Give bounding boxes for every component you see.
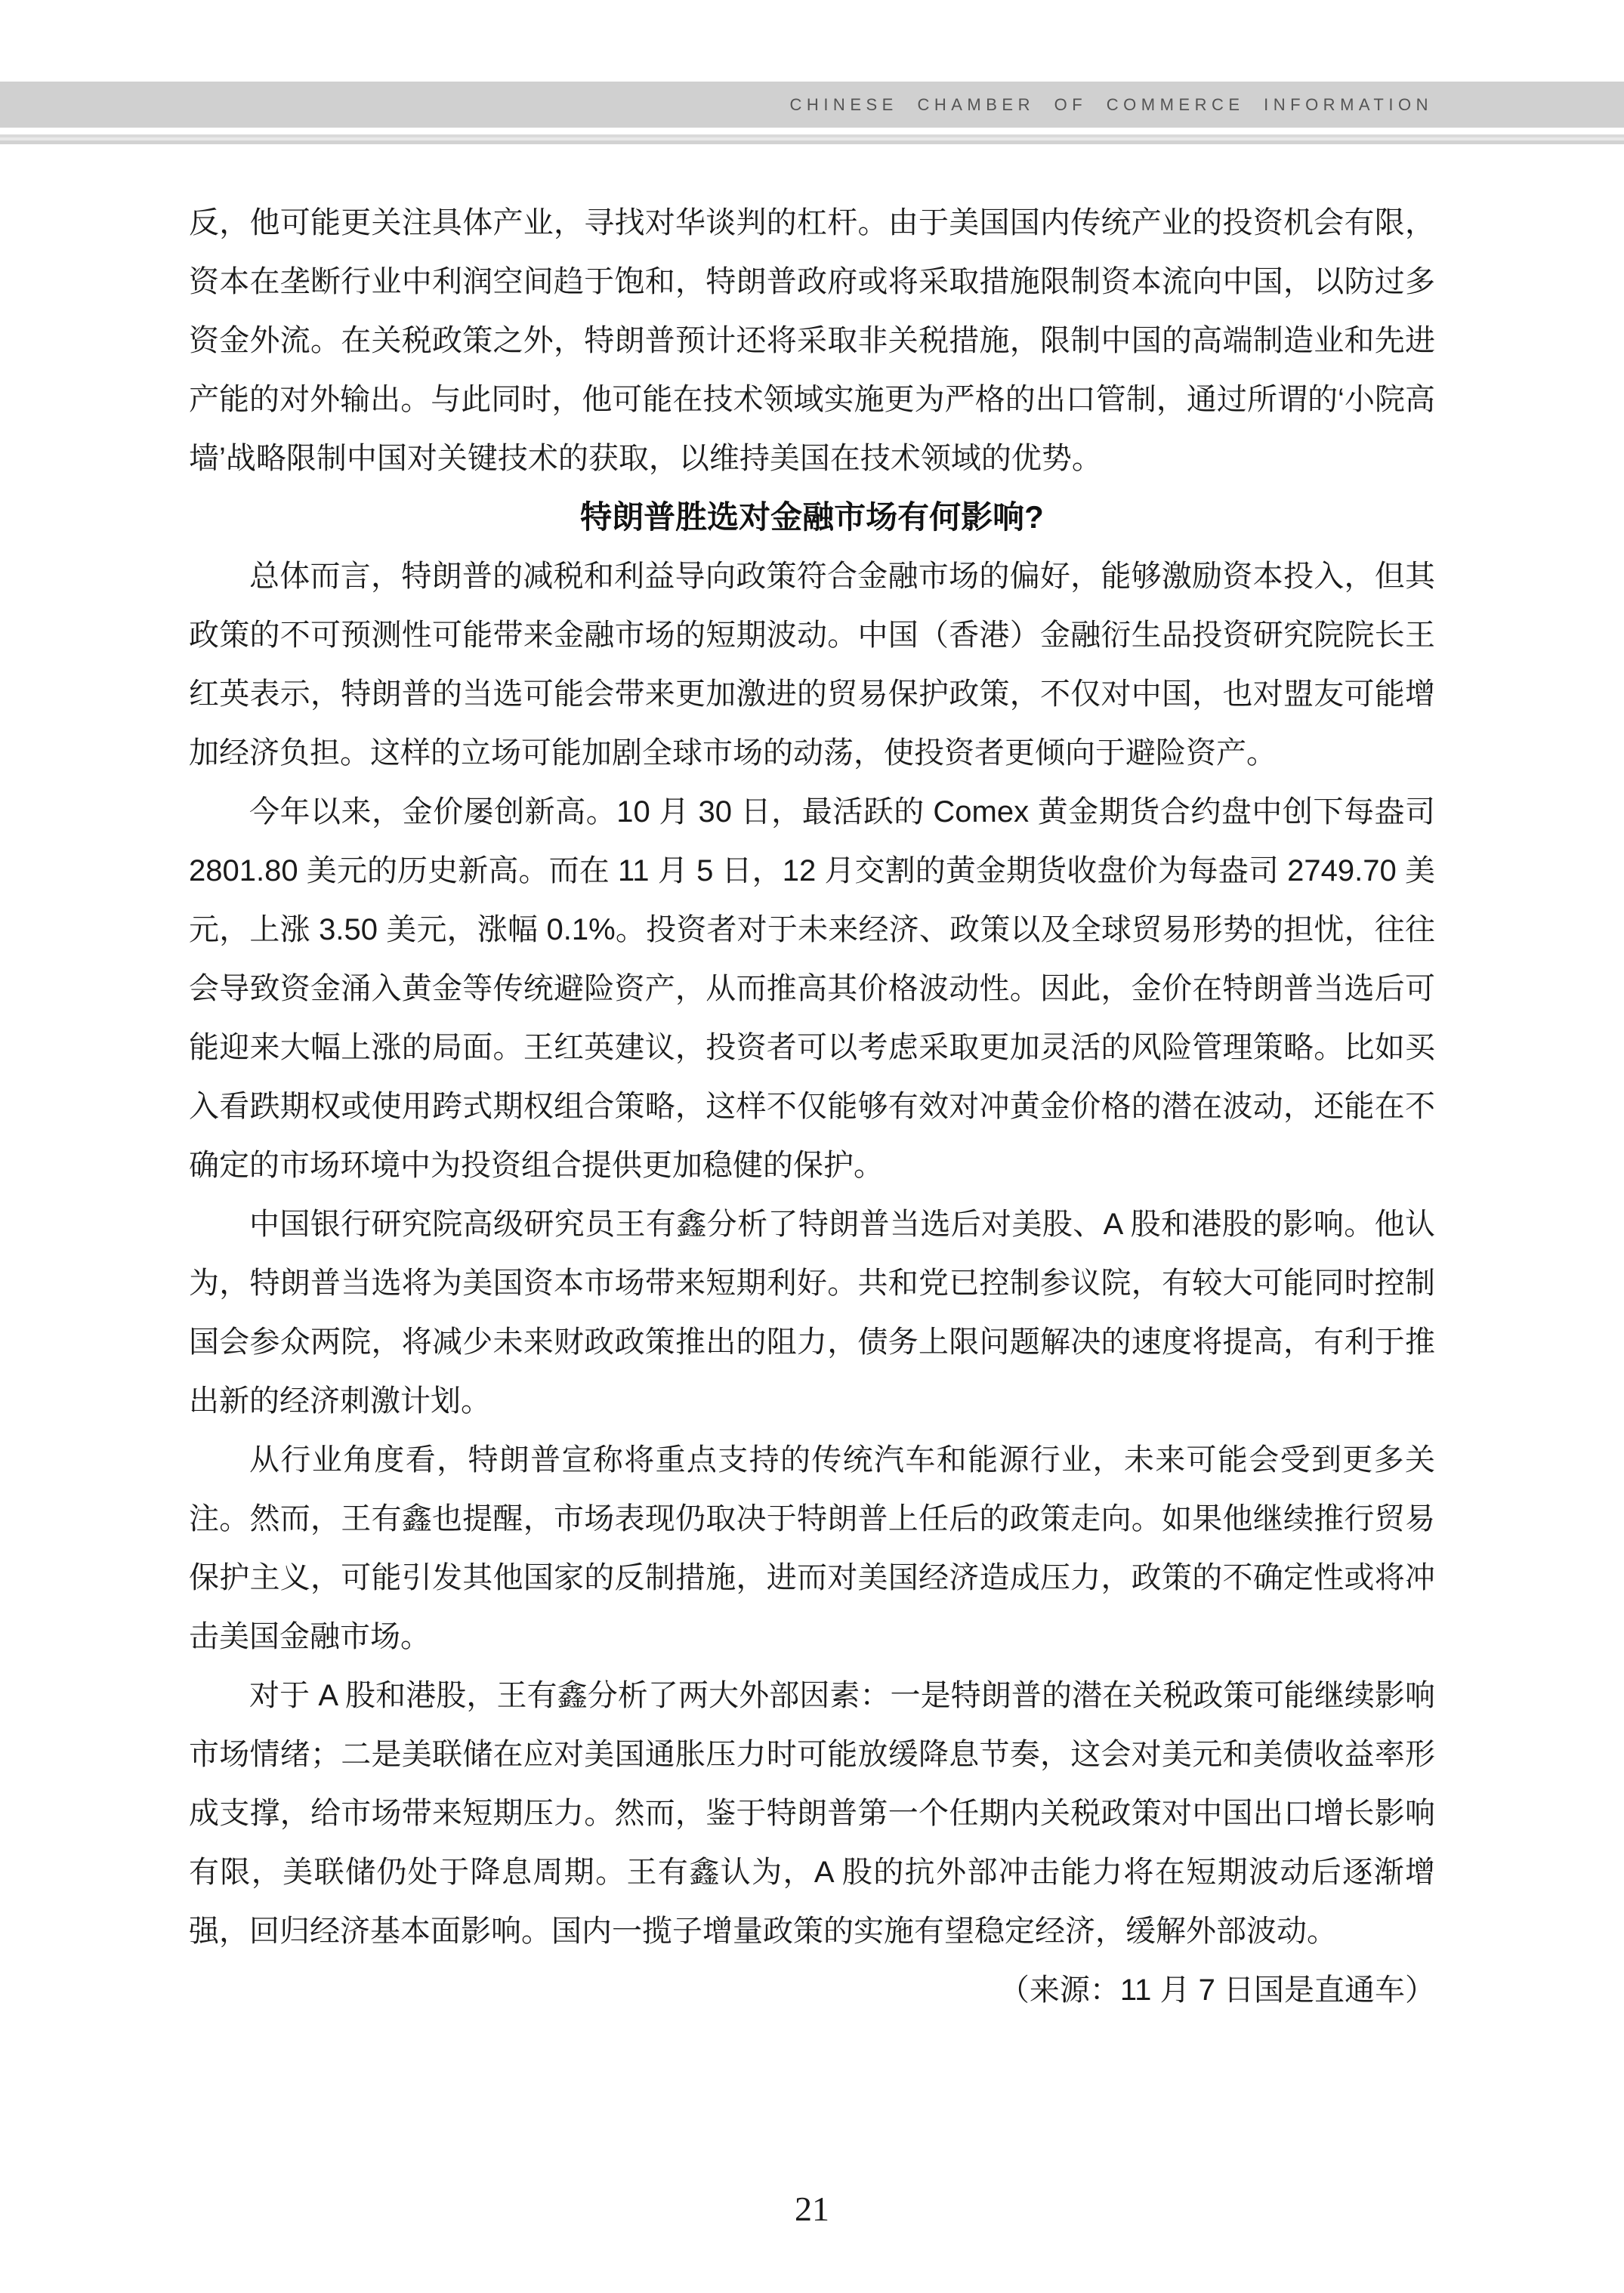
- paragraph-lead: 反，他可能更关注具体产业，寻找对华谈判的杠杆。由于美国国内传统产业的投资机会有限…: [189, 193, 1435, 488]
- header-divider-line-bottom: [0, 140, 1624, 144]
- paragraph-stock-impact: 中国银行研究院高级研究员王有鑫分析了特朗普当选后对美股、A 股和港股的影响。他认…: [189, 1195, 1435, 1430]
- document-page: CHINESE CHAMBER OF COMMERCE INFORMATION …: [0, 0, 1624, 2293]
- section-title: 特朗普胜选对金融市场有何影响?: [189, 488, 1435, 547]
- paragraph-a-share-hk-text: 对于 A 股和港股，王有鑫分析了两大外部因素：一是特朗普的潜在关税政策可能继续影…: [189, 1679, 1435, 1948]
- article-body: 反，他可能更关注具体产业，寻找对华谈判的杠杆。由于美国国内传统产业的投资机会有限…: [189, 193, 1435, 2020]
- header-banner-text: CHINESE CHAMBER OF COMMERCE INFORMATION: [790, 95, 1433, 115]
- header-banner: CHINESE CHAMBER OF COMMERCE INFORMATION: [0, 82, 1624, 128]
- paragraph-gold-price: 今年以来，金价屡创新高。10 月 30 日，最活跃的 Comex 黄金期货合约盘…: [189, 782, 1435, 1195]
- source-note: （来源：11 月 7 日国是直通车）: [939, 1961, 1435, 2020]
- paragraph-overview: 总体而言，特朗普的减税和利益导向政策符合金融市场的偏好，能够激励资本投入，但其政…: [189, 547, 1435, 782]
- header-divider: [0, 134, 1624, 144]
- paragraph-a-share-hk: 对于 A 股和港股，王有鑫分析了两大外部因素：一是特朗普的潜在关税政策可能继续影…: [189, 1666, 1435, 1961]
- page-number: 21: [0, 2192, 1624, 2227]
- paragraph-industry-view: 从行业角度看，特朗普宣称将重点支持的传统汽车和能源行业，未来可能会受到更多关注。…: [189, 1430, 1435, 1666]
